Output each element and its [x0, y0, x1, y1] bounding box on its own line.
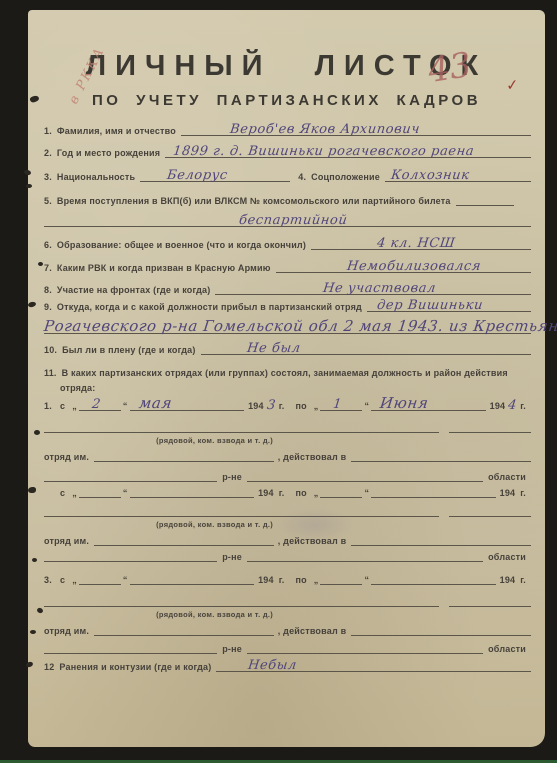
field-fronts-value: Не участвовал: [322, 281, 437, 296]
field-education-number: 6.: [44, 240, 57, 250]
field-birth: 2. Год и место рождения 1899 г. д. Вишин…: [44, 144, 531, 158]
section11-label-line2: отряда:: [60, 383, 95, 393]
entry2-from-g: г.: [279, 488, 290, 498]
field-party-label: Время поступления в ВКП(б) или ВЛКСМ № к…: [57, 196, 456, 206]
entry1-s-label: с: [60, 401, 70, 411]
field-rvk: 7. Каким РВК и когда призван в Красную А…: [44, 259, 531, 273]
entry3-to-day-line: [320, 571, 362, 585]
entry2-quote-open2: „: [312, 488, 321, 498]
field-party-value: беспартийной: [238, 213, 348, 228]
entry2-region-line2: [247, 548, 483, 562]
red-checkmark: ✓: [505, 75, 519, 94]
field-wounds-number: 12: [44, 662, 59, 672]
entry2-deistvoval-line: [351, 532, 531, 546]
entry1-quote-close2: “: [362, 401, 371, 411]
field-rvk-number: 7.: [44, 263, 57, 273]
entry1-region-line2: [247, 468, 483, 482]
entry3-number: 3.: [44, 575, 60, 585]
entry3-rank-caption: (рядовой, ком. взвода и т. д.): [44, 610, 385, 619]
field-captivity-line: Не был: [201, 341, 531, 355]
entry1-from-month-line: мая: [130, 397, 244, 411]
entry2-from-month-line: [130, 484, 254, 498]
section11-heading-line2: отряда:: [60, 379, 531, 393]
field-party-number: 5.: [44, 196, 57, 206]
form-subtitle: ПО УЧЕТУ ПАРТИЗАНСКИХ КАДРОВ: [28, 92, 545, 109]
field-arrival: 9. Откуда, когда и с какой должности при…: [44, 298, 531, 312]
entry3-deistvoval-line: [351, 622, 531, 636]
entry3-from-day-line: [79, 571, 121, 585]
field-birth-line: 1899 г. д. Вишиньки рогачевского раена: [165, 144, 531, 158]
entry3-to-g: г.: [520, 575, 531, 585]
field-education-value: 4 кл. НСШ: [376, 236, 456, 251]
entry2-to-g: г.: [520, 488, 531, 498]
entry1-to-g: г.: [520, 401, 531, 411]
entry3-position-underline-tail: [449, 593, 531, 607]
field-nationality-label: Национальность: [57, 172, 140, 182]
entry3-region-line1: [44, 640, 217, 654]
paper-speck: [26, 184, 32, 188]
entry3-from-year-prefix: 194: [254, 575, 279, 585]
entry2-to-day-line: [320, 484, 362, 498]
field-fronts-label: Участие на фронтах (где и когда): [57, 285, 216, 295]
entry2-from-day-line: [79, 484, 121, 498]
field-arrival-line2: Рогачевского р-на Гомельской обл 2 мая 1…: [44, 320, 531, 334]
field-surname-label: Фамилия, имя и отчество: [57, 126, 181, 136]
entry3-oblast-label: области: [483, 644, 531, 654]
field-wounds-label: Ранения и контузии (где и когда): [59, 662, 216, 672]
section11-label-line1: В каких партизанских отрядах (или группа…: [62, 368, 508, 378]
entry3-from-g: г.: [279, 575, 290, 585]
field-party-line: беспартийной: [44, 213, 531, 227]
field-wounds-value: Небыл: [247, 658, 298, 673]
entry1-position-underline: [44, 419, 439, 433]
entry2-otryad-line: [94, 532, 274, 546]
entry1-position-line: [44, 419, 531, 433]
entry3-quote-close1: “: [121, 575, 130, 585]
ink-smudge: [276, 508, 354, 542]
field-party-answer-row: беспартийной: [44, 213, 531, 227]
entry1-rank-caption: (рядовой, ком. взвода и т. д.): [44, 436, 385, 445]
field-social-number: 4.: [290, 172, 311, 182]
entry3-quote-open2: „: [312, 575, 321, 585]
entry3-region-line2: [247, 640, 483, 654]
handwritten-corner-number: 43: [425, 45, 474, 91]
entry1-position-underline-tail: [449, 419, 531, 433]
entry3-to-year-prefix: 194: [496, 575, 521, 585]
punch-hole: [28, 301, 37, 308]
field-arrival-value2: Рогачевского р-на Гомельской обл 2 мая 1…: [43, 317, 557, 335]
entry2-region-line1: [44, 548, 217, 562]
field-nationality-social: 3. Национальность Белорус 4. Соцположени…: [44, 168, 531, 182]
entry1-to-year: 4: [507, 398, 518, 413]
entry2-po: по: [289, 488, 311, 498]
entry3-region-row: р-не области: [44, 640, 531, 654]
field-wounds: 12 Ранения и контузии (где и когда) Небы…: [44, 658, 531, 672]
field-arrival-number: 9.: [44, 302, 57, 312]
field-surname-value: Вероб'ев Яков Архипович: [229, 122, 421, 137]
entry2-position-underline: [44, 503, 439, 517]
field-fronts-line: Не участвовал: [215, 281, 531, 295]
field-captivity-label: Был ли в плену (где и когда): [62, 345, 200, 355]
entry2-region-row: р-не области: [44, 548, 531, 562]
field-social-line: Колхозник: [385, 168, 531, 182]
entry3-deistvoval-label: , действовал в: [274, 626, 352, 636]
field-party: 5. Время поступления в ВКП(б) или ВЛКСМ …: [44, 192, 531, 206]
entry1-number: 1.: [44, 401, 60, 411]
entry3-position-underline: [44, 593, 439, 607]
entry3-to-month-line: [371, 571, 495, 585]
field-rvk-value: Немобилизовался: [346, 259, 482, 274]
paper-speck: [36, 607, 44, 614]
entry3-po: по: [289, 575, 311, 585]
entry3-otryad-label: отряд им.: [44, 626, 94, 636]
entry2-to-month-line: [371, 484, 495, 498]
entry1-from-year-prefix: 194: [244, 401, 269, 411]
entry1-from-day-line: 2: [79, 397, 121, 411]
entry1-to-month: Июня: [379, 394, 430, 412]
entry3-rne-label: р-не: [217, 644, 247, 654]
field-nationality-value: Белорус: [166, 168, 229, 183]
entry1-from-year: 3: [266, 398, 277, 413]
field-education-line: 4 кл. НСШ: [311, 236, 531, 250]
entry1-otryad-line: [94, 448, 274, 462]
field-surname-number: 1.: [44, 126, 57, 136]
field-education-label: Образование: общее и военное (что и когд…: [57, 240, 311, 250]
field-surname-line: Вероб'ев Яков Архипович: [181, 122, 531, 136]
entry3-otryad-row: отряд им. , действовал в: [44, 622, 531, 636]
section11-heading: 11. В каких партизанских отрядах (или гр…: [44, 364, 531, 378]
entry2-date-row: с „ “ 194 г. по „ “ 194 г.: [44, 482, 531, 498]
entry1-from-year-slot: 3: [269, 397, 279, 411]
scanned-document-view: ЛИЧНЫЙ ЛИСТОК ПО УЧЕТУ ПАРТИЗАНСКИХ КАДР…: [0, 0, 557, 763]
entry1-otryad-label: отряд им.: [44, 452, 94, 462]
field-party-line-start: [456, 192, 514, 206]
paper-speck: [23, 169, 31, 176]
punch-hole: [25, 661, 33, 668]
paper-speck: [32, 558, 37, 562]
field-social-label: Соцположение: [311, 172, 385, 182]
entry2-quote-close2: “: [362, 488, 371, 498]
entry3-position-line: [44, 593, 531, 607]
entry2-from-year-prefix: 194: [254, 488, 279, 498]
paper-speck: [38, 262, 43, 266]
field-nationality-line: Белорус: [140, 168, 290, 182]
field-education: 6. Образование: общее и военное (что и к…: [44, 236, 531, 250]
field-arrival-value: дер Вишиньки: [376, 298, 484, 313]
entry3-otryad-line: [94, 622, 274, 636]
field-captivity-number: 10.: [44, 345, 62, 355]
entry2-oblast-label: области: [483, 552, 531, 562]
field-surname: 1. Фамилия, имя и отчество Вероб'ев Яков…: [44, 122, 531, 136]
field-arrival-label: Откуда, когда и с какой должности прибыл…: [57, 302, 367, 312]
paper-speck: [34, 430, 40, 435]
field-arrival-row2: Рогачевского р-на Гомельской обл 2 мая 1…: [44, 320, 531, 334]
entry2-otryad-label: отряд им.: [44, 536, 94, 546]
entry1-region-line1: [44, 468, 217, 482]
entry1-otryad-row: отряд им. , действовал в: [44, 448, 531, 462]
entry1-deistvoval-line: [351, 448, 531, 462]
entry2-position-underline-tail: [449, 503, 531, 517]
field-captivity: 10. Был ли в плену (где и когда) Не был: [44, 341, 531, 355]
field-captivity-value: Не был: [246, 341, 301, 356]
entry2-quote-open1: „: [70, 488, 79, 498]
field-fronts-number: 8.: [44, 285, 57, 295]
punch-hole: [28, 487, 36, 493]
entry2-quote-close1: “: [121, 488, 130, 498]
field-fronts: 8. Участие на фронтах (где и когда) Не у…: [44, 281, 531, 295]
section11-number: 11.: [44, 368, 62, 378]
field-birth-label: Год и место рождения: [57, 148, 165, 158]
entry1-quote-close1: “: [121, 401, 130, 411]
entry1-region-row: р-не области: [44, 468, 531, 482]
entry2-rne-label: р-не: [217, 552, 247, 562]
entry1-to-day: 1: [332, 397, 343, 412]
field-social-value: Колхозник: [390, 168, 470, 183]
entry1-from-g: г.: [279, 401, 290, 411]
entry1-po: по: [289, 401, 311, 411]
field-nationality-number: 3.: [44, 172, 57, 182]
entry1-oblast-label: области: [483, 472, 531, 482]
entry1-from-day: 2: [91, 397, 102, 412]
entry1-to-year-slot: 4: [510, 397, 520, 411]
entry3-quote-open1: „: [70, 575, 79, 585]
entry1-to-day-line: 1: [320, 397, 362, 411]
field-arrival-line: дер Вишиньки: [367, 298, 531, 312]
entry1-date-row: 1. с „ 2 “ мая 194 3 г. по „ 1 “ Июня: [44, 395, 531, 411]
field-birth-number: 2.: [44, 148, 57, 158]
entry2-s-label: с: [60, 488, 70, 498]
entry1-quote-open2: „: [312, 401, 321, 411]
field-birth-value: 1899 г. д. Вишиньки рогачевского раена: [172, 144, 475, 159]
field-rvk-label: Каким РВК и когда призван в Красную Арми…: [57, 263, 276, 273]
entry1-to-month-line: Июня: [371, 397, 485, 411]
entry1-from-month: мая: [138, 394, 173, 412]
entry1-rne-label: р-не: [217, 472, 247, 482]
form-paper: ЛИЧНЫЙ ЛИСТОК ПО УЧЕТУ ПАРТИЗАНСКИХ КАДР…: [28, 10, 545, 747]
paper-speck: [30, 630, 36, 634]
entry3-quote-close2: “: [362, 575, 371, 585]
entry3-date-row: 3. с „ “ 194 г. по „ “ 194 г.: [44, 569, 531, 585]
entry2-to-year-prefix: 194: [496, 488, 521, 498]
entry3-from-month-line: [130, 571, 254, 585]
entry3-s-label: с: [60, 575, 70, 585]
entry1-deistvoval-label: , действовал в: [274, 452, 352, 462]
field-rvk-line: Немобилизовался: [276, 259, 531, 273]
entry1-quote-open1: „: [70, 401, 79, 411]
field-wounds-line: Небыл: [216, 658, 531, 672]
